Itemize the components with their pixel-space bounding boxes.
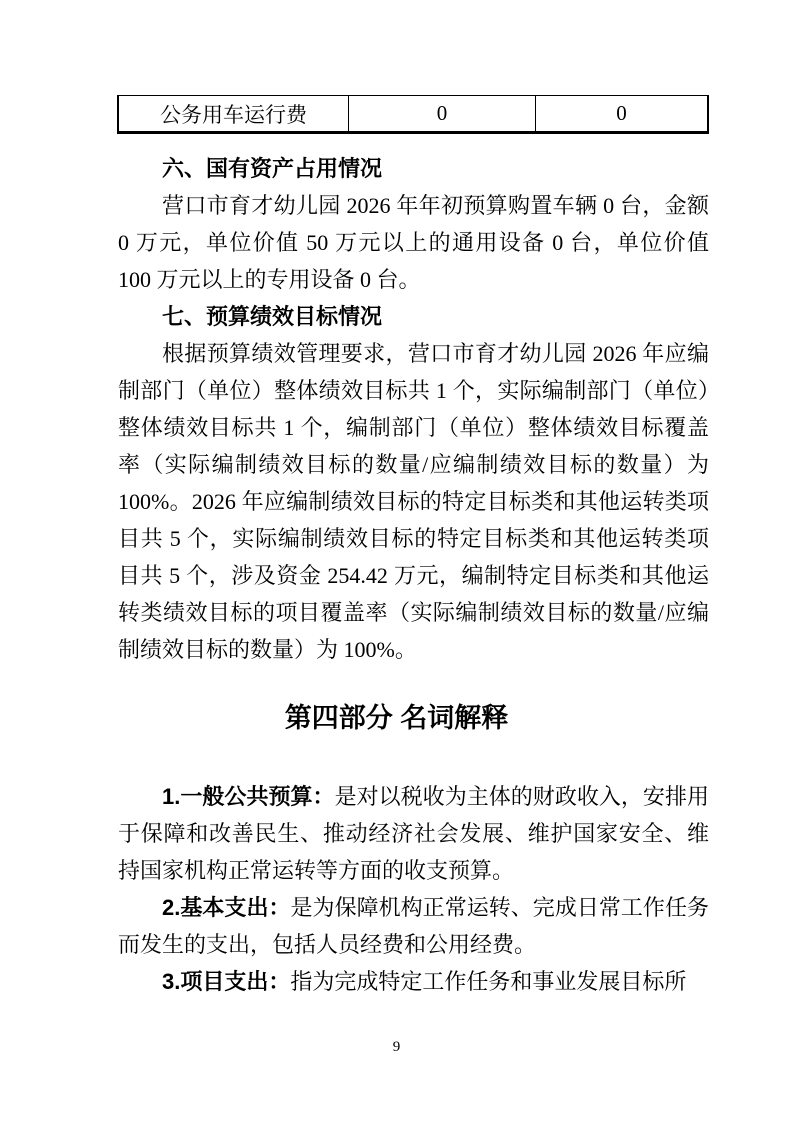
page-number: 9 — [0, 1038, 793, 1056]
definition-text: 指为完成特定工作任务和事业发展目标所 — [290, 969, 686, 994]
section-heading-performance-targets: 七、预算绩效目标情况 — [118, 298, 709, 335]
definition-basic-expenditure: 2.基本支出：是为保障机构正常运转、完成日常工作任务而发生的支出，包括人员经费和… — [118, 889, 709, 963]
definition-term: 3.项目支出： — [162, 969, 290, 994]
paragraph-state-assets: 营口市育才幼儿园 2026 年年初预算购置车辆 0 台，金额 0 万元，单位价值… — [118, 187, 709, 298]
definition-term: 1.一般公共预算： — [162, 784, 335, 809]
part-four-heading: 第四部分 名词解释 — [0, 697, 793, 739]
paragraph-performance-targets: 根据预算绩效管理要求，营口市育才幼儿园 2026 年应编制部门（单位）整体绩效目… — [118, 335, 709, 668]
definition-term: 2.基本支出： — [162, 895, 291, 920]
document-page: 公务用车运行费 0 0 六、国有资产占用情况 营口市育才幼儿园 2026 年年初… — [0, 0, 793, 1122]
budget-table: 公务用车运行费 0 0 — [117, 95, 709, 134]
table-cell-value-1: 0 — [349, 96, 536, 131]
table-cell-value-2: 0 — [536, 96, 707, 131]
table-cell-expense-label: 公务用车运行费 — [119, 96, 349, 131]
definition-general-public-budget: 1.一般公共预算：是对以税收为主体的财政收入，安排用于保障和改善民生、推动经济社… — [118, 778, 709, 889]
definitions-list: 1.一般公共预算：是对以税收为主体的财政收入，安排用于保障和改善民生、推动经济社… — [118, 778, 709, 1000]
definition-project-expenditure: 3.项目支出：指为完成特定工作任务和事业发展目标所 — [118, 963, 709, 1000]
section-heading-state-assets: 六、国有资产占用情况 — [118, 150, 709, 187]
